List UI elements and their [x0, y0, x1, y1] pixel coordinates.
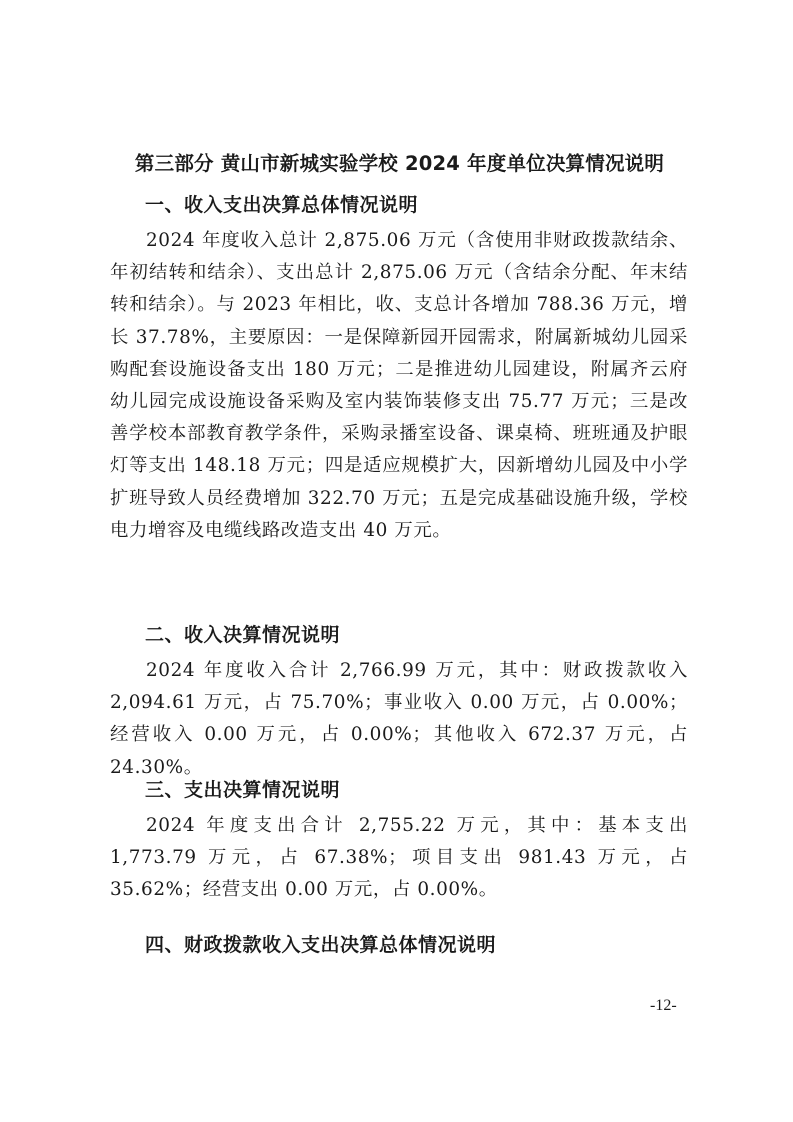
section-paragraph-income: 2024 年度收入合计 2,766.99 万元，其中：财政拨款收入 2,094.…: [110, 655, 688, 784]
section-paragraph-overall: 2024 年度收入总计 2,875.06 万元（含使用非财政拨款结余、年初结转和…: [110, 225, 688, 547]
page-number: -12-: [650, 997, 677, 1015]
section-heading-fiscal-appropriation: 四、财政拨款收入支出决算总体情况说明: [145, 930, 496, 957]
section-heading-expenditure: 三、支出决算情况说明: [145, 775, 340, 802]
section-heading-overall: 一、收入支出决算总体情况说明: [145, 190, 418, 217]
section-paragraph-expenditure: 2024 年度支出合计 2,755.22 万元，其中：基本支出 1,773.79…: [110, 810, 688, 907]
document-page: 第三部分 黄山市新城实验学校 2024 年度单位决算情况说明 一、收入支出决算总…: [0, 0, 793, 1122]
page-title: 第三部分 黄山市新城实验学校 2024 年度单位决算情况说明: [0, 148, 793, 176]
section-heading-income: 二、收入决算情况说明: [145, 620, 340, 647]
